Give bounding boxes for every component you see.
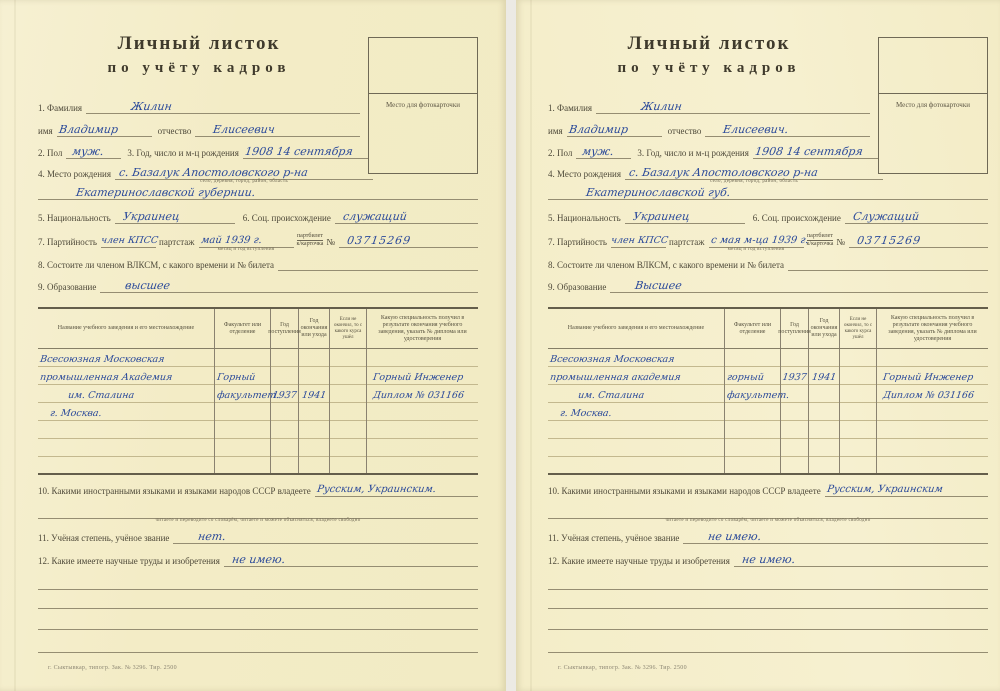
degree-line: не имею.	[683, 530, 988, 544]
degree-value: не имею.	[708, 531, 763, 543]
school-value-3: им. Сталина	[577, 390, 645, 402]
form-title: Личный листок по учёту кадров	[38, 34, 360, 76]
languages-value: Русским, Украинским	[826, 484, 943, 496]
cell-faculty: горный факультет.	[725, 349, 781, 473]
field-birthplace: 4. Место рождения с. Базалук Апостоловск…	[548, 166, 883, 180]
field-degree: 11. Учёная степень, учёное звание нет.	[38, 530, 478, 544]
th-school: Название учебного заведения и его местон…	[548, 309, 725, 348]
form-title: Личный листок по учёту кадров	[548, 34, 870, 76]
photo-box: Место для фотокарточки	[878, 37, 988, 174]
school-value-4: г. Москва.	[49, 408, 102, 420]
sex-line: муж.	[576, 145, 631, 159]
year-out-line-3: 1941	[299, 385, 329, 403]
blank-line	[548, 615, 988, 630]
degree-label: 11. Учёная степень, учёное звание	[38, 533, 173, 544]
surname-value: Жилин	[130, 101, 172, 113]
cell-year-out: 1941	[809, 349, 840, 473]
birthplace-line: с. Базалук Апостоловского р-на село, дер…	[115, 166, 373, 180]
nationality-line: Украинец	[115, 210, 235, 224]
languages-caption: читаете и переводите со словарём, читает…	[38, 518, 478, 524]
surname-line: Жилин	[86, 100, 360, 114]
field-education: 9. Образование Высшее	[548, 279, 988, 293]
education-value: Высшее	[635, 280, 683, 292]
th-not-finished: Если не окончил, то с какого курса ушёл	[840, 309, 877, 348]
school-line-2: промышленная Академия	[38, 367, 214, 385]
form-page-left: Личный листок по учёту кадров Место для …	[0, 0, 506, 691]
education-table-body: Всесоюзная Московская промышленная Акаде…	[38, 349, 478, 473]
social-origin-line: Служащий	[845, 210, 988, 224]
social-origin-line: служащий	[335, 210, 478, 224]
year-out-line-3	[809, 385, 839, 403]
party-card-value: 03715269	[346, 235, 412, 247]
patronymic-line: Елисеевич.	[705, 123, 870, 137]
specialty-line-3: Диплом № 031166	[367, 385, 478, 403]
party-since-label: партстаж	[666, 237, 709, 248]
form-content: Личный листок по учёту кадров Место для …	[38, 0, 478, 691]
education-table: Название учебного заведения и его местон…	[548, 307, 988, 475]
party-label: 7. Партийность	[548, 237, 611, 248]
birthplace-value-2: Екатеринославской губернии.	[75, 187, 256, 199]
surname-line: Жилин	[596, 100, 870, 114]
faculty-value-1: горный	[726, 372, 764, 384]
field-party: 7. Партийность член КПСС партстаж с мая …	[548, 233, 988, 248]
photo-box-divider	[879, 93, 987, 94]
party-card-no-sign: №	[326, 237, 339, 248]
cell-not-finished	[840, 349, 877, 473]
party-value: член КПСС	[610, 235, 669, 247]
works-value: не имею.	[231, 554, 286, 566]
education-value: высшее	[125, 280, 172, 292]
specialty-value-2: Диплом № 031166	[372, 390, 465, 402]
year-out-value-a: 1941	[808, 372, 840, 384]
sex-line: муж.	[66, 145, 121, 159]
works-label: 12. Какие имеете научные труды и изобрет…	[38, 556, 224, 567]
school-value-2: промышленная Академия	[39, 372, 173, 384]
sex-label: 2. Пол	[38, 148, 66, 159]
party-card-line: 03715269	[339, 234, 478, 248]
surname-label: 1. Фамилия	[38, 103, 86, 114]
faculty-line-3: факультет.	[215, 385, 270, 403]
scanned-sheet: Личный листок по учёту кадров Место для …	[0, 0, 1000, 691]
faculty-line-2: Горный	[215, 367, 270, 385]
vlksm-label: 8. Состоите ли членом ВЛКСМ, с какого вр…	[38, 260, 278, 271]
education-line: Высшее	[610, 279, 988, 293]
school-value-2: промышленная академия	[549, 372, 681, 384]
party-card-label-2: к/карточка	[807, 241, 834, 248]
works-line: не имею.	[224, 553, 478, 567]
languages-value: Русским, Украинским.	[316, 484, 437, 496]
firstname-label: имя	[548, 126, 567, 137]
school-value-1: Всесоюзная Московская	[549, 354, 675, 366]
photo-box-label: Место для фотокарточки	[879, 101, 987, 110]
birthplace-label: 4. Место рождения	[38, 169, 115, 180]
degree-label: 11. Учёная степень, учёное звание	[548, 533, 683, 544]
education-table-header: Название учебного заведения и его местон…	[548, 309, 988, 349]
languages-line: Русским, Украинским	[825, 483, 988, 497]
cell-not-finished	[330, 349, 367, 473]
nationality-label: 5. Национальность	[548, 213, 625, 224]
faculty-line-1	[215, 349, 270, 367]
year-out-line-2	[299, 367, 329, 385]
photo-box: Место для фотокарточки	[368, 37, 478, 174]
blank-line	[548, 575, 988, 590]
cell-year-in: 1937	[781, 349, 809, 473]
birthplace-value-2: Екатеринославской губ.	[585, 187, 731, 199]
firstname-value: Владимир	[568, 124, 629, 136]
faculty-value-1: Горный	[216, 372, 256, 384]
party-card-value: 03715269	[856, 235, 922, 247]
year-in-line-1	[271, 349, 298, 367]
blank-line	[548, 594, 988, 609]
year-in-line-1	[781, 349, 808, 367]
social-origin-value: Служащий	[852, 211, 920, 223]
school-line-1: Всесоюзная Московская	[548, 349, 724, 367]
year-in-line-3	[781, 385, 808, 403]
patronymic-line: Елисеевич	[195, 123, 360, 137]
specialty-value-1: Горный Инженер	[372, 372, 464, 384]
birthplace-value-1: с. Базалук Апостоловского р-на	[118, 167, 308, 179]
social-origin-label: 6. Соц. происхождение	[745, 213, 845, 224]
works-label: 12. Какие имеете научные труды и изобрет…	[548, 556, 734, 567]
school-line-2: промышленная академия	[548, 367, 724, 385]
year-in-line-2	[271, 367, 298, 385]
field-birthplace: 4. Место рождения с. Базалук Апостоловск…	[38, 166, 373, 180]
school-line-4: г. Москва.	[548, 403, 724, 421]
field-vlksm: 8. Состоите ли членом ВЛКСМ, с какого вр…	[548, 257, 988, 271]
birthplace-value-1: с. Базалук Апостоловского р-на	[628, 167, 818, 179]
party-since-caption: месяц и год вступления	[709, 247, 804, 253]
social-origin-value: служащий	[342, 211, 407, 223]
party-card-label: партбилет к/карточка	[294, 233, 327, 248]
party-since-value: май 1939 г.	[200, 235, 262, 247]
cell-year-in: 1937	[271, 349, 299, 473]
birthplace-label: 4. Место рождения	[548, 169, 625, 180]
field-name-patronymic: имя Владимир отчество Елисеевич.	[548, 123, 870, 137]
field-surname: 1. Фамилия Жилин	[38, 100, 360, 114]
sex-label: 2. Пол	[548, 148, 576, 159]
school-value-1: Всесоюзная Московская	[39, 354, 165, 366]
form-title-line2: по учёту кадров	[548, 60, 870, 76]
party-label: 7. Партийность	[38, 237, 101, 248]
patronymic-label: отчество	[662, 126, 706, 137]
party-card-label-2: к/карточка	[297, 241, 324, 248]
specialty-line-2: Горный Инженер	[367, 367, 478, 385]
party-since-value: с мая м-ца 1939 г.	[710, 235, 809, 247]
form-title-line1: Личный листок	[38, 34, 360, 53]
languages-line2: читаете и переводите со словарём, читает…	[548, 505, 988, 519]
blank-line	[38, 638, 478, 653]
birthplace-line2: Екатеринославской губернии.	[38, 186, 478, 200]
education-label: 9. Образование	[38, 282, 100, 293]
patronymic-label: отчество	[152, 126, 196, 137]
print-shop-imprint: г. Сыктывкар, типогр. Зак. № 3296. Тир. …	[38, 665, 478, 671]
nationality-value: Украинец	[632, 211, 690, 223]
sex-value: муж.	[72, 146, 105, 158]
th-faculty: Факультет или отделение	[215, 309, 271, 348]
th-specialty: Какую специальность получил в результате…	[877, 309, 988, 348]
nationality-value: Украинец	[122, 211, 180, 223]
firstname-value: Владимир	[58, 124, 119, 136]
field-sex-birth: 2. Пол муж. 3. Год, число и м-ц рождения…	[548, 145, 878, 159]
birthdate-label: 3. Год, число и м-ц рождения	[631, 148, 752, 159]
nationality-line: Украинец	[625, 210, 745, 224]
field-languages: 10. Какими иностранными языками и языкам…	[38, 483, 478, 497]
year-in-line-3: 1937	[271, 385, 298, 403]
paper-crease	[14, 0, 16, 691]
birthdate-line: 1908 14 сентября	[753, 145, 878, 159]
party-card-line: 03715269	[849, 234, 988, 248]
party-since-label: партстаж	[156, 237, 199, 248]
party-since-caption: месяц и год вступления	[199, 247, 294, 253]
cell-specialty: Горный Инженер Диплом № 031166	[877, 349, 988, 473]
languages-label: 10. Какими иностранными языками и языкам…	[38, 486, 315, 497]
social-origin-label: 6. Соц. происхождение	[235, 213, 335, 224]
party-card-label-1: партбилет	[807, 233, 834, 241]
party-since-line: с мая м-ца 1939 г. месяц и год вступлени…	[709, 234, 804, 248]
patronymic-value: Елисеевич.	[723, 124, 790, 136]
field-languages: 10. Какими иностранными языками и языкам…	[548, 483, 988, 497]
birthdate-label: 3. Год, число и м-ц рождения	[121, 148, 242, 159]
cell-faculty: Горный факультет.	[215, 349, 271, 473]
th-not-finished: Если не окончил, то с какого курса ушёл	[330, 309, 367, 348]
year-in-line-2: 1937	[781, 367, 808, 385]
party-since-line: май 1939 г. месяц и год вступления	[199, 234, 294, 248]
firstname-line: Владимир	[567, 123, 662, 137]
languages-line: Русским, Украинским.	[315, 483, 478, 497]
blank-line	[38, 615, 478, 630]
year-out-value-b: 1941	[298, 390, 330, 402]
patronymic-value: Елисеевич	[213, 124, 276, 136]
field-education: 9. Образование высшее	[38, 279, 478, 293]
birthplace-line2: Екатеринославской губ.	[548, 186, 988, 200]
works-value: не имею.	[741, 554, 796, 566]
th-faculty: Факультет или отделение	[725, 309, 781, 348]
field-languages-line2: читаете и переводите со словарём, читает…	[548, 505, 988, 519]
form-page-right: Личный листок по учёту кадров Место для …	[516, 0, 1000, 691]
photo-box-label: Место для фотокарточки	[369, 101, 477, 110]
print-shop-imprint: г. Сыктывкар, типогр. Зак. № 3296. Тир. …	[548, 665, 988, 671]
specialty-line-1	[367, 349, 478, 367]
birthdate-line: 1908 14 сентября	[243, 145, 368, 159]
school-line-4: г. Москва.	[38, 403, 214, 421]
sex-value: муж.	[582, 146, 615, 158]
vlksm-line	[278, 257, 478, 271]
th-year-in: Год поступления	[781, 309, 809, 348]
field-surname: 1. Фамилия Жилин	[548, 100, 870, 114]
field-name-patronymic: имя Владимир отчество Елисеевич	[38, 123, 360, 137]
th-year-out: Год окончания или ухода	[809, 309, 840, 348]
party-value: член КПСС	[100, 235, 159, 247]
languages-line2: читаете и переводите со словарём, читает…	[38, 505, 478, 519]
nationality-label: 5. Национальность	[38, 213, 115, 224]
party-card-no-sign: №	[836, 237, 849, 248]
specialty-value-2: Диплом № 031166	[882, 390, 975, 402]
field-nationality-origin: 5. Национальность Украинец 6. Соц. проис…	[548, 210, 988, 224]
field-nationality-origin: 5. Национальность Украинец 6. Соц. проис…	[38, 210, 478, 224]
languages-caption: читаете и переводите со словарём, читает…	[548, 518, 988, 524]
school-line-3: им. Сталина	[38, 385, 214, 403]
party-line: член КПСС	[611, 234, 666, 248]
blank-line	[38, 575, 478, 590]
cell-year-out: 1941	[299, 349, 330, 473]
field-birthplace-line2: Екатеринославской губ.	[548, 186, 988, 200]
school-value-4: г. Москва.	[559, 408, 612, 420]
paper-crease	[530, 0, 532, 691]
education-label: 9. Образование	[548, 282, 610, 293]
cell-school: Всесоюзная Московская промышленная Акаде…	[38, 349, 215, 473]
firstname-line: Владимир	[57, 123, 152, 137]
field-sex-birth: 2. Пол муж. 3. Год, число и м-ц рождения…	[38, 145, 368, 159]
specialty-line-1	[877, 349, 988, 367]
year-in-value-b: 1937	[270, 390, 299, 402]
surname-label: 1. Фамилия	[548, 103, 596, 114]
th-year-out: Год окончания или ухода	[299, 309, 330, 348]
firstname-label: имя	[38, 126, 57, 137]
form-content: Личный листок по учёту кадров Место для …	[548, 0, 988, 691]
field-works: 12. Какие имеете научные труды и изобрет…	[38, 553, 478, 567]
th-year-in: Год поступления	[271, 309, 299, 348]
specialty-line-3: Диплом № 031166	[877, 385, 988, 403]
education-table-body: Всесоюзная Московская промышленная акаде…	[548, 349, 988, 473]
photo-box-divider	[369, 93, 477, 94]
form-title-line2: по учёту кадров	[38, 60, 360, 76]
birthplace-line: с. Базалук Апостоловского р-на село, дер…	[625, 166, 883, 180]
specialty-value-1: Горный Инженер	[882, 372, 974, 384]
vlksm-line	[788, 257, 988, 271]
faculty-line-1	[725, 349, 780, 367]
year-out-line-1	[809, 349, 839, 367]
school-line-3: им. Сталина	[548, 385, 724, 403]
field-vlksm: 8. Состоите ли членом ВЛКСМ, с какого вр…	[38, 257, 478, 271]
form-title-line1: Личный листок	[548, 34, 870, 53]
cell-school: Всесоюзная Московская промышленная акаде…	[548, 349, 725, 473]
year-out-line-1	[299, 349, 329, 367]
field-works: 12. Какие имеете научные труды и изобрет…	[548, 553, 988, 567]
th-specialty: Какую специальность получил в результате…	[367, 309, 478, 348]
field-party: 7. Партийность член КПСС партстаж май 19…	[38, 233, 478, 248]
cell-specialty: Горный Инженер Диплом № 031166	[367, 349, 478, 473]
year-out-line-2: 1941	[809, 367, 839, 385]
birthplace-caption: село, деревня, город, район, область	[115, 179, 373, 185]
th-school: Название учебного заведения и его местон…	[38, 309, 215, 348]
birthdate-value: 1908 14 сентября	[244, 146, 353, 158]
education-table-header: Название учебного заведения и его местон…	[38, 309, 478, 349]
party-card-label-1: партбилет	[297, 233, 324, 241]
vlksm-label: 8. Состоите ли членом ВЛКСМ, с какого вр…	[548, 260, 788, 271]
degree-line: нет.	[173, 530, 478, 544]
specialty-line-2: Горный Инженер	[877, 367, 988, 385]
blank-line	[548, 638, 988, 653]
education-table: Название учебного заведения и его местон…	[38, 307, 478, 475]
surname-value: Жилин	[640, 101, 682, 113]
birthplace-caption: село, деревня, город, район, область	[625, 179, 883, 185]
faculty-line-3: факультет.	[725, 385, 780, 403]
faculty-line-2: горный	[725, 367, 780, 385]
field-languages-line2: читаете и переводите со словарём, читает…	[38, 505, 478, 519]
party-line: член КПСС	[101, 234, 156, 248]
field-degree: 11. Учёная степень, учёное звание не име…	[548, 530, 988, 544]
languages-label: 10. Какими иностранными языками и языкам…	[548, 486, 825, 497]
school-value-3: им. Сталина	[67, 390, 135, 402]
education-line: высшее	[100, 279, 478, 293]
degree-value: нет.	[198, 531, 227, 543]
works-line: не имею.	[734, 553, 988, 567]
birthdate-value: 1908 14 сентября	[754, 146, 863, 158]
field-birthplace-line2: Екатеринославской губернии.	[38, 186, 478, 200]
year-in-value-a: 1937	[780, 372, 809, 384]
school-line-1: Всесоюзная Московская	[38, 349, 214, 367]
blank-line	[38, 594, 478, 609]
